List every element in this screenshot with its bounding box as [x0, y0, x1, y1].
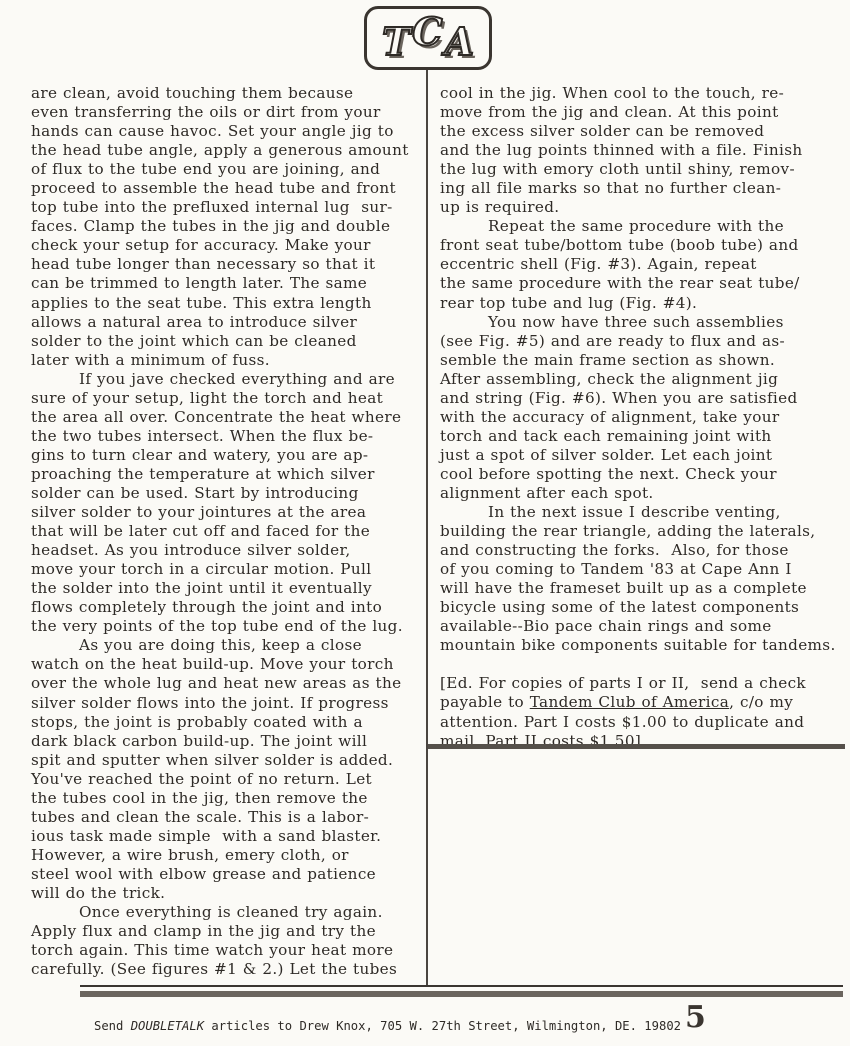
text-line: watch on the heat build-up. Move your to… — [31, 655, 421, 674]
text-line: the same procedure with the rear seat tu… — [440, 274, 845, 293]
column-divider — [426, 70, 428, 986]
text-line: the tubes cool in the jig, then remove t… — [31, 789, 421, 808]
text-line: sure of your setup, light the torch and … — [31, 389, 421, 408]
left-column: are clean, avoid touching them becauseev… — [31, 84, 421, 979]
text-line: stops, the joint is probably coated with… — [31, 713, 421, 732]
text-line: spit and sputter when silver solder is a… — [31, 751, 421, 770]
text-line: faces. Clamp the tubes in the jig and do… — [31, 217, 421, 236]
text-line: allows a natural area to introduce silve… — [31, 313, 421, 332]
paragraph: cool in the jig. When cool to the touch,… — [440, 84, 845, 217]
text-line: top tube into the prefluxed internal lug… — [31, 198, 421, 217]
logo-letter-t: T — [382, 23, 410, 61]
text-line: move from the jig and clean. At this poi… — [440, 103, 845, 122]
text-line: torch again. This time watch your heat m… — [31, 941, 421, 960]
text-line: cool in the jig. When cool to the touch,… — [440, 84, 845, 103]
text-line: Apply flux and clamp in the jig and try … — [31, 922, 421, 941]
text-line: head tube longer than necessary so that … — [31, 255, 421, 274]
text-line: If you jave checked everything and are — [31, 370, 421, 389]
text-line: will do the trick. — [31, 884, 421, 903]
text-line: silver solder flows into the joint. If p… — [31, 694, 421, 713]
text-line: dark black carbon build-up. The joint wi… — [31, 732, 421, 751]
text-line: proaching the temperature at which silve… — [31, 465, 421, 484]
text-line: gins to turn clear and watery, you are a… — [31, 446, 421, 465]
text-line: applies to the seat tube. This extra len… — [31, 294, 421, 313]
text-line: the area all over. Concentrate the heat … — [31, 408, 421, 427]
text-line: rear top tube and lug (Fig. #4). — [440, 294, 845, 313]
text-line: will have the frameset built up as a com… — [440, 579, 845, 598]
text-line: and constructing the forks. Also, for th… — [440, 541, 845, 560]
text-fragment: , c/o my — [729, 693, 793, 711]
text-line: However, a wire brush, emery cloth, or — [31, 846, 421, 865]
paragraph: As you are doing this, keep a closewatch… — [31, 636, 421, 903]
text-line: just a spot of silver solder. Let each j… — [440, 446, 845, 465]
text-line: the lug with emory cloth until shiny, re… — [440, 160, 845, 179]
club-name-link: Tandem Club of America — [530, 693, 729, 711]
text-line: solder can be used. Start by introducing — [31, 484, 421, 503]
text-line: the two tubes intersect. When the flux b… — [31, 427, 421, 446]
editor-note: [Ed. For copies of parts I or II, send a… — [440, 674, 845, 750]
text-line: bicycle using some of the latest compone… — [440, 598, 845, 617]
text-line: check your setup for accuracy. Make your — [31, 236, 421, 255]
text-line: can be trimmed to length later. The same — [31, 274, 421, 293]
text-line: headset. As you introduce silver solder, — [31, 541, 421, 560]
text-line: hands can cause havoc. Set your angle ji… — [31, 122, 421, 141]
text-line: available--Bio pace chain rings and some — [440, 617, 845, 636]
text-fragment: payable to — [440, 693, 530, 711]
tca-logo: T C A — [364, 6, 492, 70]
text-line: up is required. — [440, 198, 845, 217]
text-line: the excess silver solder can be removed — [440, 122, 845, 141]
text-line: of flux to the tube end you are joining,… — [31, 160, 421, 179]
right-column: cool in the jig. When cool to the touch,… — [440, 84, 845, 751]
footer-rule-thick — [80, 991, 843, 997]
text-line: [Ed. For copies of parts I or II, send a… — [440, 674, 845, 693]
magazine-name: DOUBLETALK — [131, 1019, 204, 1033]
editor-note-rule — [428, 744, 845, 749]
text-line: solder to the joint which can be cleaned — [31, 332, 421, 351]
paragraph: If you jave checked everything and aresu… — [31, 370, 421, 637]
text-line: the very points of the top tube end of t… — [31, 617, 421, 636]
text-line: eccentric shell (Fig. #3). Again, repeat — [440, 255, 845, 274]
footer: Send DOUBLETALK articles to Drew Knox, 7… — [94, 1003, 844, 1033]
text-line: move your torch in a circular motion. Pu… — [31, 560, 421, 579]
text-line: Repeat the same procedure with the — [440, 217, 845, 236]
text-line: front seat tube/bottom tube (boob tube) … — [440, 236, 845, 255]
text-line: ious task made simple with a sand blaste… — [31, 827, 421, 846]
text-line: building the rear triangle, adding the l… — [440, 522, 845, 541]
text-line: semble the main frame section as shown. — [440, 351, 845, 370]
text-line: even transferring the oils or dirt from … — [31, 103, 421, 122]
text-line: tubes and clean the scale. This is a lab… — [31, 808, 421, 827]
paragraph: are clean, avoid touching them becauseev… — [31, 84, 421, 370]
text-line: After assembling, check the alignment ji… — [440, 370, 845, 389]
text-line: ing all file marks so that no further cl… — [440, 179, 845, 198]
logo-letter-a: A — [445, 23, 474, 61]
text-line: torch and tack each remaining joint with — [440, 427, 845, 446]
text-line: You now have three such assemblies — [440, 313, 845, 332]
text-line: with the accuracy of alignment, take you… — [440, 408, 845, 427]
text-line: You've reached the point of no return. L… — [31, 770, 421, 789]
text-line: Once everything is cleaned try again. — [31, 903, 421, 922]
footer-rule-thin — [80, 985, 843, 987]
text-line: steel wool with elbow grease and patienc… — [31, 865, 421, 884]
text-line: silver solder to your jointures at the a… — [31, 503, 421, 522]
text-line: the head tube angle, apply a generous am… — [31, 141, 421, 160]
text-line: mountain bike components suitable for ta… — [440, 636, 845, 655]
text-line: In the next issue I describe venting, — [440, 503, 845, 522]
text-line: over the whole lug and heat new areas as… — [31, 674, 421, 693]
text-line: flows completely through the joint and i… — [31, 598, 421, 617]
text-line: attention. Part I costs $1.00 to duplica… — [440, 713, 845, 732]
text-line: are clean, avoid touching them because — [31, 84, 421, 103]
footer-prefix: Send — [94, 1019, 131, 1033]
text-line: payable to Tandem Club of America, c/o m… — [440, 693, 845, 712]
paragraph: Once everything is cleaned try again.App… — [31, 903, 421, 979]
paragraph: In the next issue I describe venting,bui… — [440, 503, 845, 655]
text-line: alignment after each spot. — [440, 484, 845, 503]
text-line: that will be later cut off and faced for… — [31, 522, 421, 541]
text-line: later with a minimum of fuss. — [31, 351, 421, 370]
paragraph: Repeat the same procedure with thefront … — [440, 217, 845, 312]
text-line: of you coming to Tandem '83 at Cape Ann … — [440, 560, 845, 579]
text-line: and string (Fig. #6). When you are satis… — [440, 389, 845, 408]
text-line: cool before spotting the next. Check you… — [440, 465, 845, 484]
page-number: 5 — [685, 1003, 706, 1033]
text-line: (see Fig. #5) and are ready to flux and … — [440, 332, 845, 351]
text-line: As you are doing this, keep a close — [31, 636, 421, 655]
text-line: carefully. (See figures #1 & 2.) Let the… — [31, 960, 421, 979]
paragraph: You now have three such assemblies(see F… — [440, 313, 845, 503]
text-line: the solder into the joint until it event… — [31, 579, 421, 598]
text-line: proceed to assemble the head tube and fr… — [31, 179, 421, 198]
footer-address: articles to Drew Knox, 705 W. 27th Stree… — [204, 1019, 681, 1033]
logo-letter-c: C — [412, 13, 442, 51]
text-line: and the lug points thinned with a file. … — [440, 141, 845, 160]
